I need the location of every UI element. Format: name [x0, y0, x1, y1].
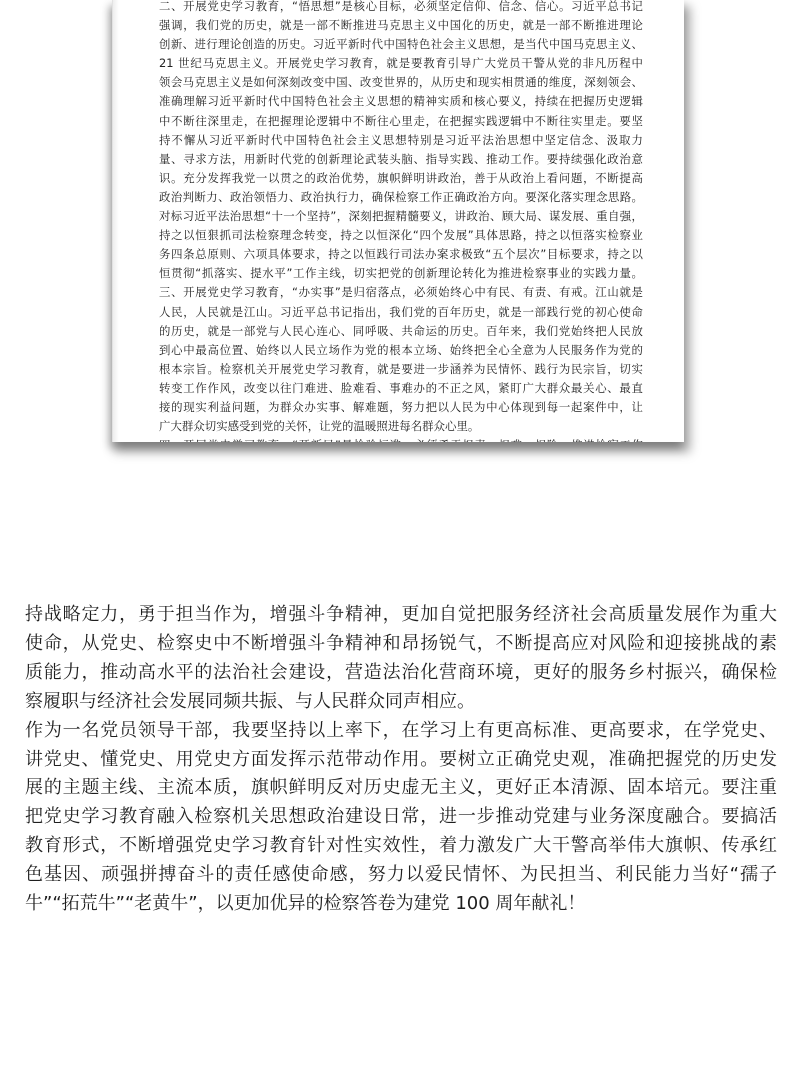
- page-preview-text: 二、开展党史学习教育，“悟思想”是核心目标，必须坚定信仰、信念、信心。习近平总书…: [159, 0, 643, 442]
- preview-line: 根本宗旨。检察机关开展党史学习教育，就是要进一步涵养为民情怀、践行为民宗旨，切实: [159, 360, 643, 379]
- preview-line: 四、开展党史学习教育，“开新局”是检验标准，必须勇于担责、担难、担险。推进检察工…: [159, 436, 643, 442]
- preview-line: 三、开展党史学习教育，“办实事”是归宿落点，必须始终心中有民、有责、有戒。江山就…: [159, 283, 643, 302]
- preview-line: 持之以恒狠抓司法检察理念转变，持之以恒深化“四个发展”具体思路，持之以恒落实检察…: [159, 226, 643, 245]
- preview-line: 务四条总原则、六项具体要求，持之以恒践行司法办案求极致“五个层次”目标要求，持之…: [159, 245, 643, 264]
- preview-line: 到心中最高位置、始终以人民立场作为党的根本立场、始终把全心全意为人民服务作为党的: [159, 341, 643, 360]
- preview-line: 领会马克思主义是如何深刻改变中国、改变世界的，从历史和现实相贯通的维度，深刻领会…: [159, 73, 643, 92]
- body-line: 讲党史、懂党史、用党史方面发挥示范带动作用。要树立正确党史观，准确把握党的历史发: [25, 746, 777, 775]
- preview-line: 准确理解习近平新时代中国特色社会主义思想的精神实质和核心要义，持续在把握历史逻辑: [159, 92, 643, 111]
- body-line: 察履职与经济社会发展同频共振、与人民群众同声相应。: [25, 688, 777, 717]
- preview-line: 二、开展党史学习教育，“悟思想”是核心目标，必须坚定信仰、信念、信心。习近平总书…: [159, 0, 643, 16]
- preview-line: 创新、进行理论创造的历史。习近平新时代中国特色社会主义思想，是当代中国马克思主义…: [159, 35, 643, 54]
- body-line: 作为一名党员领导干部，我要坚持以上率下，在学习上有更高标准、更高要求，在学党史、: [25, 717, 777, 746]
- preview-line: 对标习近平法治思想“十一个坚持”，深刻把握精髓要义，讲政治、顾大局、谋发展、重自…: [159, 207, 643, 226]
- document-page-preview: 二、开展党史学习教育，“悟思想”是核心目标，必须坚定信仰、信念、信心。习近平总书…: [112, 0, 684, 442]
- preview-line: 的历史，就是一部党与人民心连心、同呼吸、共命运的历史。百年来，我们党始终把人民放: [159, 322, 643, 341]
- preview-line: 政治判断力、政治领悟力、政治执行力，确保检察工作正确政治方向。要深化落实理念思路…: [159, 188, 643, 207]
- body-line: 质能力，推动高水平的法治社会建设，营造法治化营商环境，更好的服务乡村振兴，确保检: [25, 659, 777, 688]
- body-line: 色基因、顽强拼搏奋斗的责任感使命感，努力以爱民情怀、为民担当、利民能力当好“孺子: [25, 861, 777, 890]
- preview-line: 广大群众切实感受到党的关怀，让党的温暖照进每名群众心里。: [159, 417, 643, 436]
- preview-line: 接的现实利益问题，为群众办实事、解难题，努力把以人民为中心体现到每一起案件中，让: [159, 398, 643, 417]
- preview-line: 转变工作作风，改变以往门难进、脸难看、事难办的不正之风，紧盯广大群众最关心、最直: [159, 379, 643, 398]
- body-line: 把党史学习教育融入检察机关思想政治建设日常，进一步推动党建与业务深度融合。要搞活: [25, 803, 777, 832]
- body-line: 持战略定力，勇于担当作为，增强斗争精神，更加自觉把服务经济社会高质量发展作为重大: [25, 601, 777, 630]
- preview-line: 量、寻求方法，用新时代党的创新理论武装头脑、指导实践、推动工作。要持续强化政治意: [159, 150, 643, 169]
- preview-line: 中不断往深里走，在把握理论逻辑中不断往心里走，在把握实践逻辑中不断往实里走。要坚: [159, 112, 643, 131]
- preview-line: 强调，我们党的历史，就是一部不断推进马克思主义中国化的历史，就是一部不断推进理论: [159, 16, 643, 35]
- body-line: 教育形式，不断增强党史学习教育针对性实效性，着力激发广大干警高举伟大旗帜、传承红: [25, 832, 777, 861]
- preview-line: 恒贯彻“抓落实、提水平”工作主线，切实把党的创新理论转化为推进检察事业的实践力量…: [159, 264, 643, 283]
- body-line: 牛”“拓荒牛”“老黄牛”，以更加优异的检察答卷为建党 100 周年献礼！: [25, 890, 777, 919]
- preview-line: 识。充分发挥我党一以贯之的政治优势，旗帜鲜明讲政治，善于从政治上看问题，不断提高: [159, 169, 643, 188]
- body-line: 展的主题主线、主流本质，旗帜鲜明反对历史虚无主义，更好正本清源、固本培元。要注重: [25, 774, 777, 803]
- article-body-text: 持战略定力，勇于担当作为，增强斗争精神，更加自觉把服务经济社会高质量发展作为重大…: [25, 601, 777, 919]
- preview-line: 人民，人民就是江山。习近平总书记指出，我们党的百年历史，就是一部践行党的初心使命: [159, 303, 643, 322]
- preview-line: 持不懈从习近平新时代中国特色社会主义思想特别是习近平法治思想中坚定信念、汲取力: [159, 131, 643, 150]
- preview-line: 21 世纪马克思主义。开展党史学习教育，就是要教育引导广大党员干警从党的非凡历程…: [159, 54, 643, 73]
- body-line: 使命，从党史、检察史中不断增强斗争精神和昂扬锐气，不断提高应对风险和迎接挑战的素: [25, 630, 777, 659]
